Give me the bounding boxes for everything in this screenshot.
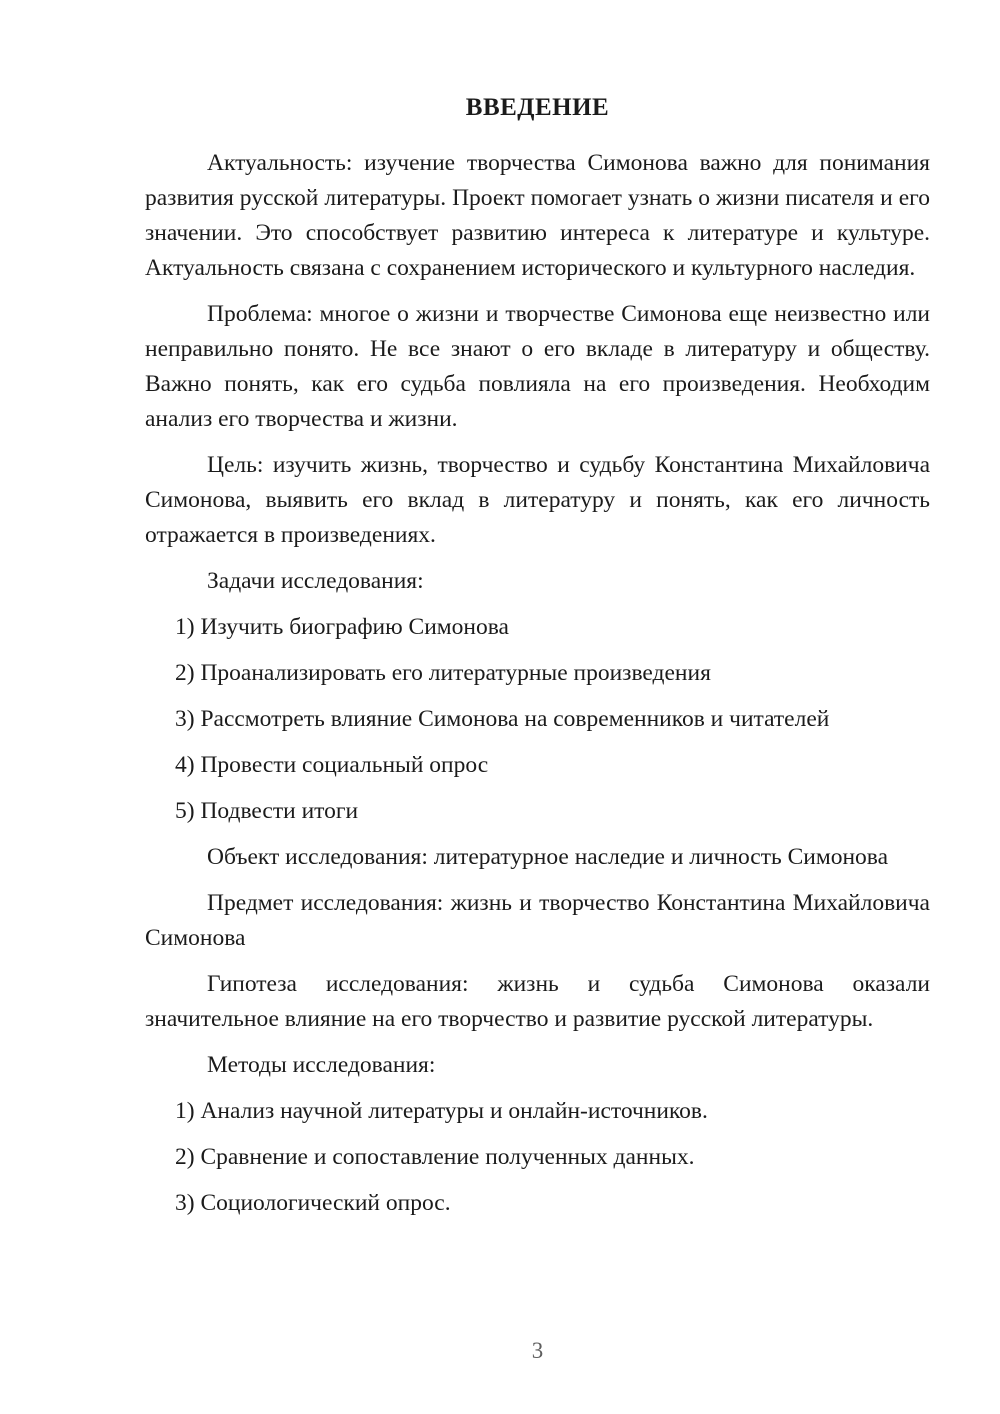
document-page: ВВЕДЕНИЕ Актуальность: изучение творчест… — [0, 0, 1000, 1414]
paragraph-problem: Проблема: многое о жизни и творчестве Си… — [145, 297, 930, 437]
method-item-1: 1) Анализ научной литературы и онлайн-ис… — [145, 1094, 930, 1129]
method-item-2: 2) Сравнение и сопоставление полученных … — [145, 1140, 930, 1175]
paragraph-relevance: Актуальность: изучение творчества Симоно… — [145, 146, 930, 286]
page-number: 3 — [145, 1338, 930, 1364]
tasks-heading: Задачи исследования: — [145, 564, 930, 599]
task-item-2: 2) Проанализировать его литературные про… — [145, 656, 930, 691]
task-item-4: 4) Провести социальный опрос — [145, 748, 930, 783]
paragraph-object: Объект исследования: литературное наслед… — [145, 840, 930, 875]
method-item-3: 3) Социологический опрос. — [145, 1186, 930, 1221]
methods-heading: Методы исследования: — [145, 1048, 930, 1083]
page-title: ВВЕДЕНИЕ — [145, 90, 930, 125]
paragraph-goal: Цель: изучить жизнь, творчество и судьбу… — [145, 448, 930, 553]
document-content: ВВЕДЕНИЕ Актуальность: изучение творчест… — [145, 90, 930, 1232]
task-item-3: 3) Рассмотреть влияние Симонова на совре… — [145, 702, 930, 737]
paragraph-subject: Предмет исследования: жизнь и творчество… — [145, 886, 930, 956]
paragraph-hypothesis: Гипотеза исследования: жизнь и судьба Си… — [145, 967, 930, 1037]
task-item-5: 5) Подвести итоги — [145, 794, 930, 829]
task-item-1: 1) Изучить биографию Симонова — [145, 610, 930, 645]
